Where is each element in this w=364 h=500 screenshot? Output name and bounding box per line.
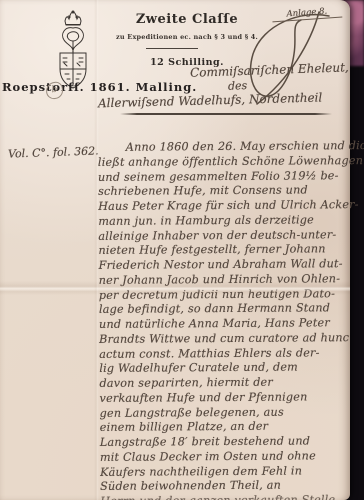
manuscript-line: Brandts Wittwe und cum curatore ad hunc (99, 331, 352, 348)
margin-volume-reference: Vol. C°. fol. 362. (8, 144, 99, 160)
manuscript-line: mit Claus Decker im Osten und ohne (100, 449, 353, 466)
paper-sheet: Zweite Claſſe zu Expeditionen ec. nach §… (0, 0, 350, 500)
fold-crease-horizontal (0, 281, 350, 295)
manuscript-line: Friederich Nestor und Abraham Wall dut- (99, 257, 352, 274)
stamp-imprint-line: Roepstorff. 1861. Malling. (2, 80, 197, 94)
manuscript-body: Anno 1860 den 26. May erschien und dicti… (98, 139, 354, 500)
fold-crease-vertical (94, 0, 99, 500)
manuscript-line-cut: Herrn und der ganzen verkauften Stelle (100, 493, 353, 500)
letterhead-small-rule (146, 48, 198, 49)
photographed-document: Zweite Claſſe zu Expeditionen ec. nach §… (0, 0, 364, 500)
header-divider-rule (120, 113, 332, 115)
manuscript-line: und seinem gesammelten Folio 319½ be- (98, 169, 351, 186)
addressee-line-2: des (228, 78, 268, 92)
manuscript-line: actum const. Matthias Ehlers als der- (99, 346, 352, 363)
manuscript-line: ließt anhange öffentlich Schöne Löwenhag… (98, 154, 351, 171)
manuscript-line: Haus Peter Krage für sich und Ulrich Ack… (98, 198, 351, 215)
manuscript-line: Anno 1860 den 26. May erschien und dicti… (98, 139, 351, 156)
manuscript-line: mann jun. in Hamburg als derzeitige (98, 213, 351, 230)
manuscript-line: und natürliche Anna Maria, Hans Peter (99, 316, 352, 333)
